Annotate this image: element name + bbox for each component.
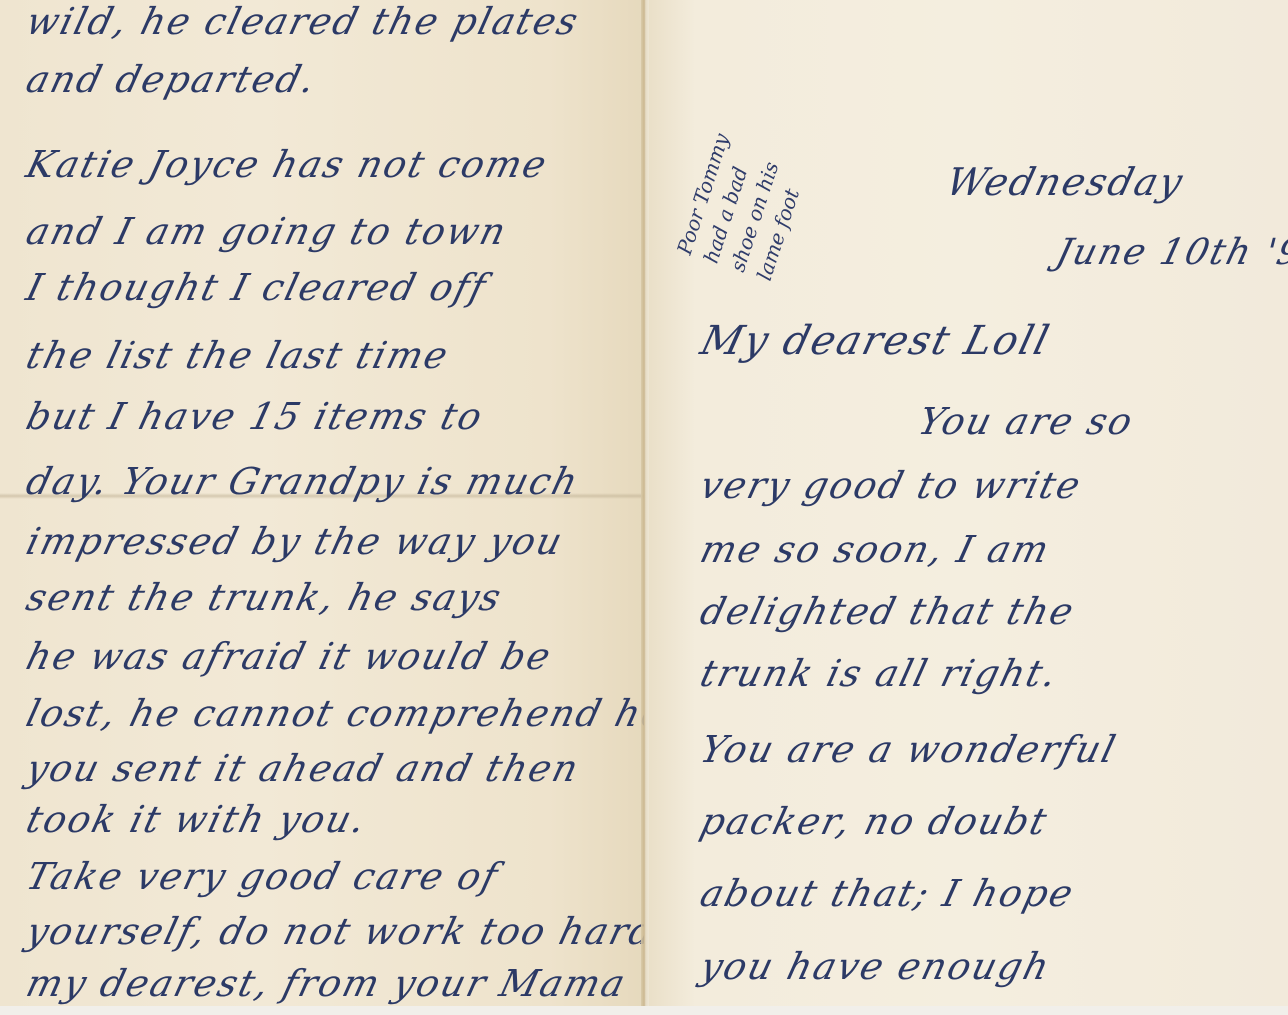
letter-date: June 10th '91 [1052,232,1288,273]
left-line-6: the list the last time [22,334,454,377]
right-line-4: delighted that the [696,590,1080,633]
left-page: wild, he cleared the plates and departed… [0,0,644,1008]
left-line-9: impressed by the way you [22,520,568,563]
scan-bottom-edge [0,1006,1288,1015]
left-line-16: yourself, do not work too hard [22,910,644,953]
left-line-12: lost, he cannot comprehend how [22,692,644,735]
right-line-8: about that; I hope [696,872,1079,915]
right-line-1: You are so [914,400,1138,443]
right-line-9: you have enough [696,945,1055,988]
right-line-7: packer, no doubt [696,800,1053,843]
right-line-3: me so soon, I am [696,528,1055,571]
left-line-13: you sent it ahead and then [22,747,584,790]
marginal-note: Poor Tommy had a bad shoe on his lame fo… [672,41,883,297]
left-line-1: wild, he cleared the plates [22,0,584,43]
left-line-7: but I have 15 items to [22,395,488,438]
left-line-2: and departed. [22,58,321,101]
right-line-5: trunk is all right. [696,652,1063,695]
letter-day: Wednesday [942,160,1189,204]
left-line-15: Take very good care of [22,855,504,898]
salutation: My dearest Loll [696,318,1055,364]
left-line-11: he was afraid it would be [22,635,557,678]
left-line-3: Katie Joyce has not come [22,143,553,186]
right-line-6: You are a wonderful [696,728,1121,771]
left-line-10: sent the trunk, he says [22,576,507,619]
center-fold-gutter [641,0,649,1008]
right-line-2: very good to write [696,464,1086,507]
left-line-4: and I am going to town [22,210,512,253]
left-line-8: day. Your Grandpy is much [22,460,584,503]
left-line-17-signature: my dearest, from your Mama [22,962,631,1005]
left-line-14: took it with you. [22,798,372,841]
left-line-5: I thought I cleared off [22,266,492,309]
right-page: Poor Tommy had a bad shoe on his lame fo… [644,0,1288,1008]
